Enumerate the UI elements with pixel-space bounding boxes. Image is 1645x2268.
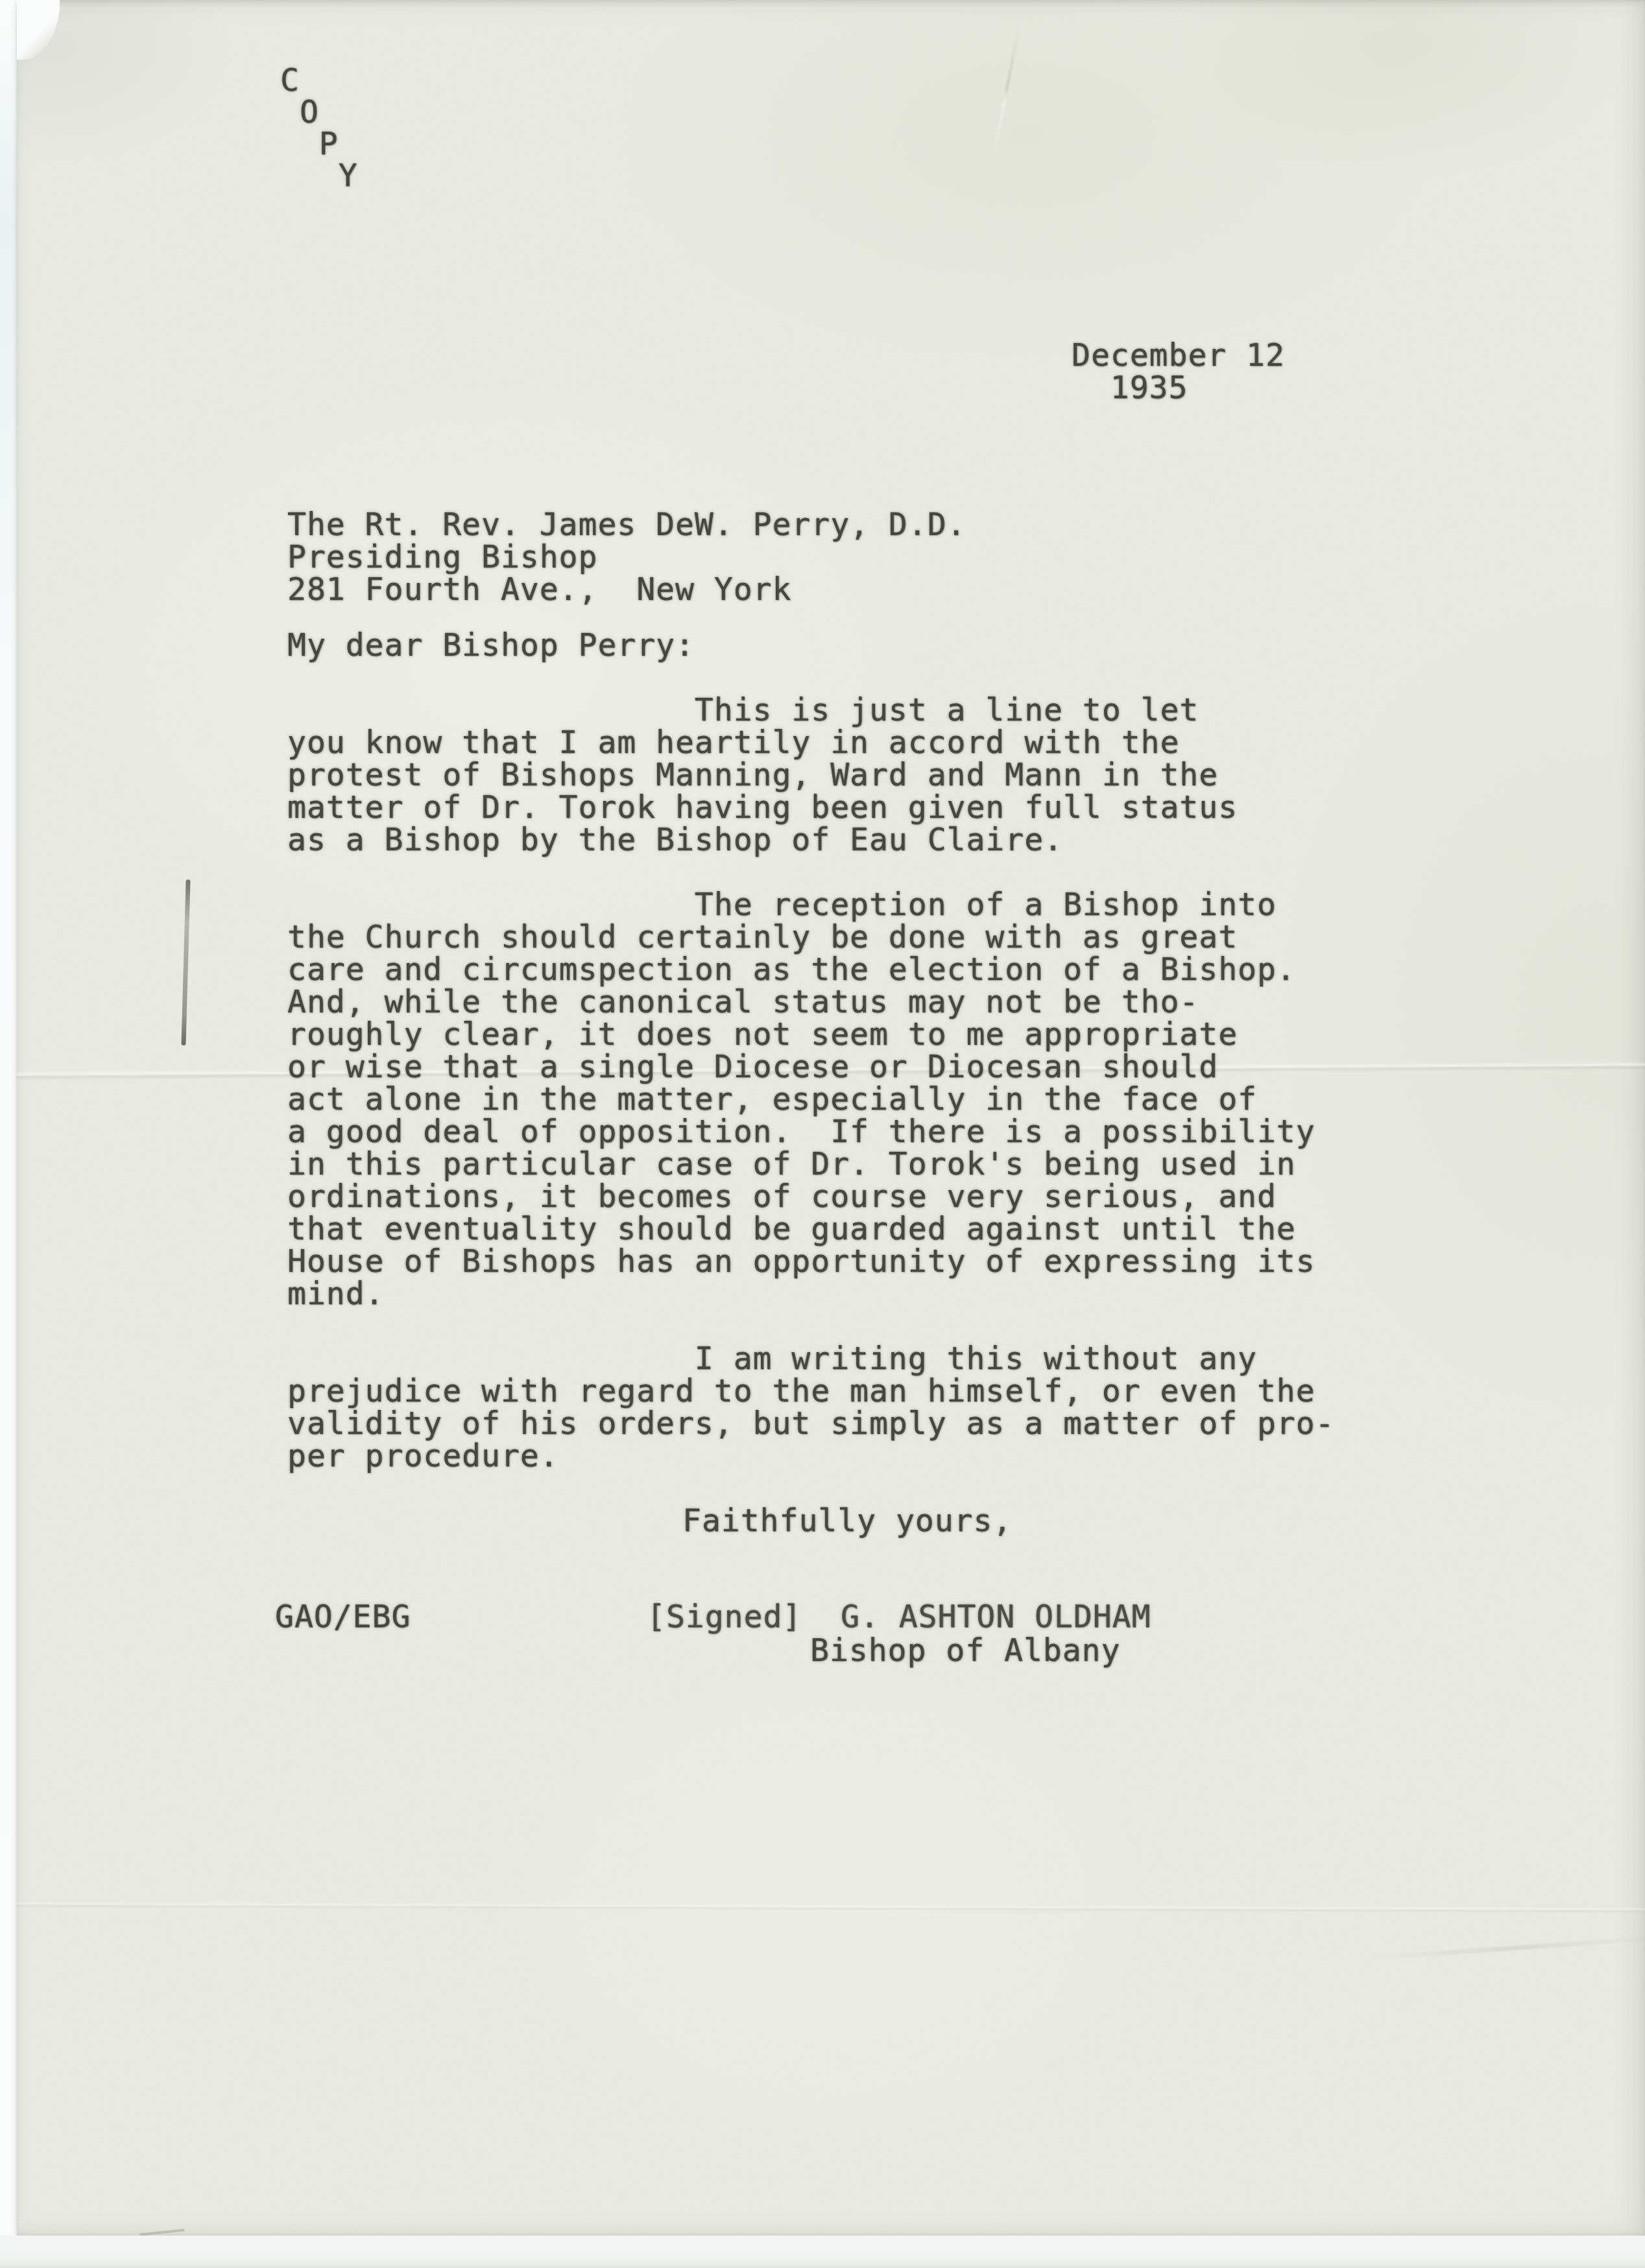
paragraph-3: I am writing this without any prejudice … <box>287 1343 1335 1472</box>
signature-title: Bishop of Albany <box>810 1634 1120 1667</box>
fold-crease-top <box>991 25 1021 163</box>
scanned-letter: C O P Y December 12 1935 The Rt. Rev. Ja… <box>0 0 1645 2268</box>
scanner-background-bottom <box>0 2236 1645 2268</box>
fold-crease-bottom-right <box>1366 1935 1645 1961</box>
paragraph-2: The reception of a Bishop into the Churc… <box>287 889 1315 1310</box>
closing-line: Faithfully yours, <box>682 1505 1012 1537</box>
signature-line: [Signed] G. ASHTON OLDHAM <box>647 1601 1151 1633</box>
copy-stamp: C O P Y <box>280 65 358 192</box>
salutation: My dear Bishop Perry: <box>287 629 695 662</box>
fold-crease-lower <box>17 1902 1645 1914</box>
paragraph-1: This is just a line to let you know that… <box>287 694 1238 856</box>
recipient-address: The Rt. Rev. James DeW. Perry, D.D. Pres… <box>287 508 966 606</box>
scanner-background-left <box>0 0 17 2236</box>
typist-initials: GAO/EBG <box>275 1601 411 1633</box>
letter-date: December 12 1935 <box>1072 339 1285 404</box>
